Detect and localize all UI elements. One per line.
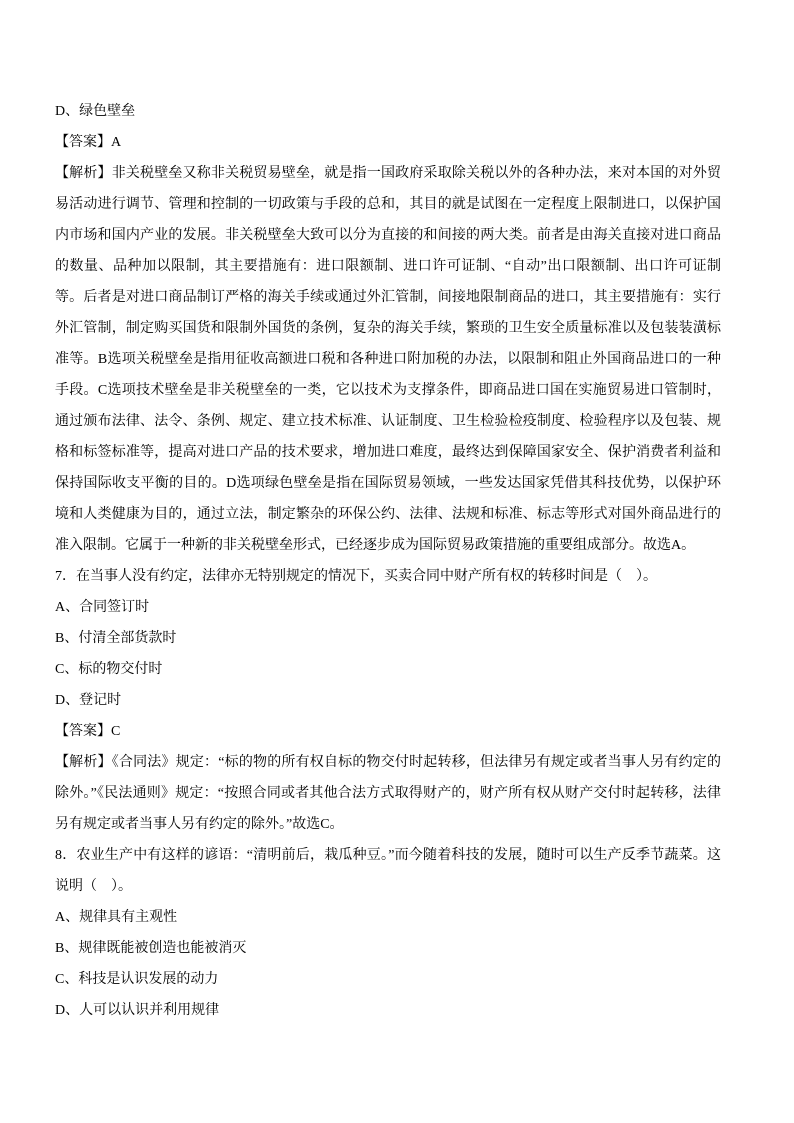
q7-analysis: 【解析】《合同法》规定：“标的物的所有权自标的物交付时起转移，但法律另有规定或者…	[55, 747, 721, 840]
exam-content: D、绿色壁垒 【答案】A 【解析】非关税壁垒又称非关税贸易壁垒，就是指一国政府采…	[55, 96, 721, 1026]
q8-option-a: A、规律具有主观性	[55, 902, 721, 933]
q6-answer: 【答案】A	[55, 127, 721, 158]
q7-question: 7．在当事人没有约定，法律亦无特别规定的情况下，买卖合同中财产所有权的转移时间是…	[55, 561, 721, 592]
q8-option-c: C、科技是认识发展的动力	[55, 964, 721, 995]
q7-option-a: A、合同签订时	[55, 592, 721, 623]
q7-option-c: C、标的物交付时	[55, 654, 721, 685]
document-page: D、绿色壁垒 【答案】A 【解析】非关税壁垒又称非关税贸易壁垒，就是指一国政府采…	[0, 0, 794, 1123]
q8-question: 8．农业生产中有这样的谚语：“清明前后，栽瓜种豆。”而今随着科技的发展，随时可以…	[55, 840, 721, 902]
q8-option-b: B、规律既能被创造也能被消灭	[55, 933, 721, 964]
q7-option-b: B、付清全部货款时	[55, 623, 721, 654]
q7-answer: 【答案】C	[55, 716, 721, 747]
q6-analysis: 【解析】非关税壁垒又称非关税贸易壁垒，就是指一国政府采取除关税以外的各种办法，来…	[55, 158, 721, 561]
q8-option-d: D、人可以认识并利用规律	[55, 995, 721, 1026]
q6-option-d: D、绿色壁垒	[55, 96, 721, 127]
q7-option-d: D、登记时	[55, 685, 721, 716]
